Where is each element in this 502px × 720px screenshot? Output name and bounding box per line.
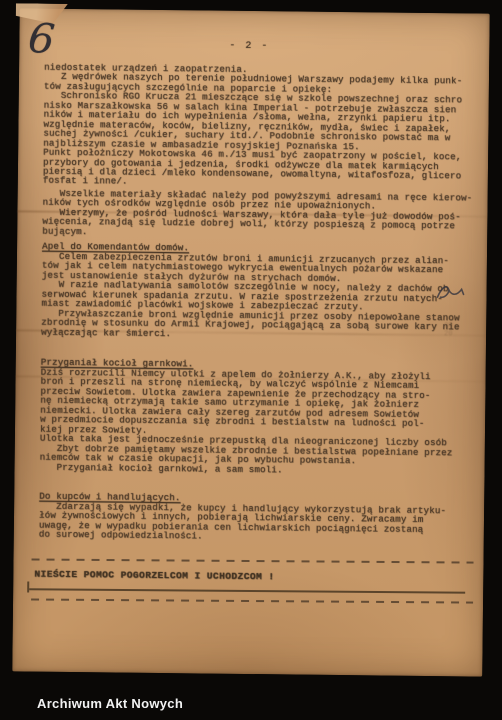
dashed-divider-top (32, 558, 474, 563)
page-number: - 2 - (19, 38, 479, 54)
underline-tick (27, 581, 29, 592)
archive-watermark: Archiwum Akt Nowych (37, 696, 183, 711)
paragraph-intro: niedostatek urządzeń i zaopatrzenia. Z w… (43, 63, 482, 191)
dashed-divider-bottom (31, 598, 473, 603)
solid-divider (29, 588, 465, 593)
handwritten-check-mark (435, 282, 465, 304)
document-page: 6 - 2 - niedostatek urządzeń i zaopatrze… (12, 8, 489, 676)
paragraph-kupcy: Zdarzają się wypadki, że kupcy i handluj… (39, 502, 477, 545)
paragraph-kociol: Dziś rozrzucili Niemcy ulotki z apelem d… (40, 368, 479, 477)
paragraph-materials: Wszelkie materiały składać należy pod po… (42, 189, 481, 241)
slogan-banner: NIEŚCIE POMOC POGORZELCOM I UCHODZCOM ! (34, 569, 274, 583)
faint-stamp: OP 20 (444, 322, 453, 338)
archival-scan-background: 6 - 2 - niedostatek urządzeń i zaopatrze… (0, 0, 502, 720)
paragraph-komendanci: Celem zabezpieczenia zrzutów broni i amu… (41, 252, 480, 342)
